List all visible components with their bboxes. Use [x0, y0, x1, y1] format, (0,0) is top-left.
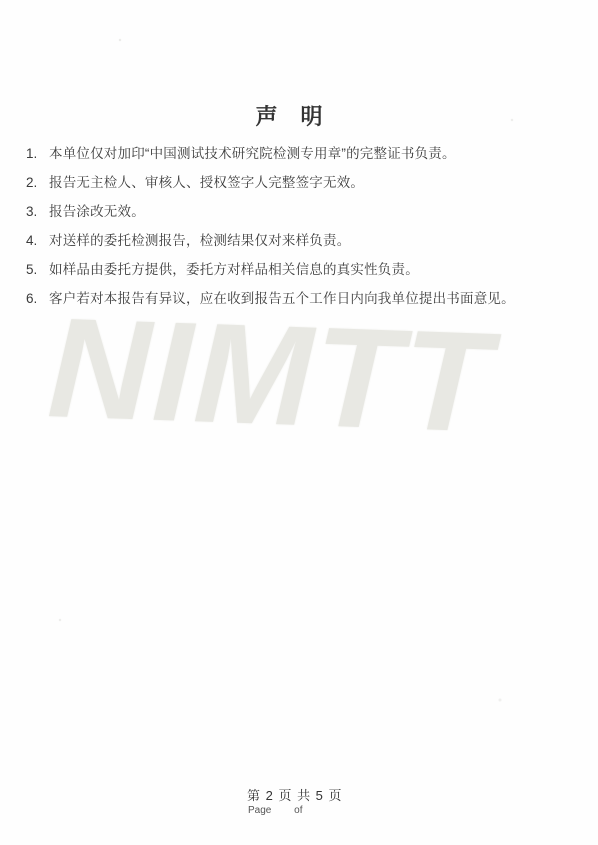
item-text: 报告涂改无效。	[49, 205, 145, 219]
item-number: 3.	[26, 205, 49, 219]
item-number: 5.	[26, 263, 49, 277]
declaration-item: 6. 客户若对本报告有异议，应在收到报告五个工作日内向我单位提出书面意见。	[26, 292, 580, 306]
of-label: of	[294, 805, 302, 816]
declaration-item: 4. 对送样的委托检测报告，检测结果仅对来样负责。	[26, 234, 580, 248]
item-text: 本单位仅对加印“中国测试技术研究院检测专用章”的完整证书负责。	[49, 147, 456, 161]
item-number: 2.	[26, 176, 49, 190]
document-page: 声明 NIMTT 1. 本单位仅对加印“中国测试技术研究院检测专用章”的完整证书…	[0, 0, 598, 845]
page-title: 声明	[0, 100, 588, 131]
declaration-item: 2. 报告无主检人、审核人、授权签字人完整签字无效。	[26, 176, 580, 190]
item-number: 4.	[26, 234, 49, 248]
declaration-item: 3. 报告涂改无效。	[26, 205, 580, 219]
item-text: 如样品由委托方提供，委托方对样品相关信息的真实性负责。	[49, 263, 419, 277]
item-number: 6.	[26, 292, 49, 306]
declaration-list: 1. 本单位仅对加印“中国测试技术研究院检测专用章”的完整证书负责。 2. 报告…	[26, 147, 580, 321]
footer-page-indicator-zh: 第 2 页 共 5 页	[247, 785, 343, 804]
page-label: Page	[248, 805, 271, 816]
footer-page-indicator-en: Page of	[248, 805, 302, 816]
item-text: 客户若对本报告有异议，应在收到报告五个工作日内向我单位提出书面意见。	[49, 292, 515, 306]
item-text: 对送样的委托检测报告，检测结果仅对来样负责。	[49, 234, 350, 248]
item-number: 1.	[26, 147, 49, 161]
declaration-item: 1. 本单位仅对加印“中国测试技术研究院检测专用章”的完整证书负责。	[26, 147, 580, 161]
nimtt-watermark: NIMTT	[46, 297, 561, 457]
item-text: 报告无主检人、审核人、授权签字人完整签字无效。	[49, 176, 364, 190]
declaration-item: 5. 如样品由委托方提供，委托方对样品相关信息的真实性负责。	[26, 263, 580, 277]
